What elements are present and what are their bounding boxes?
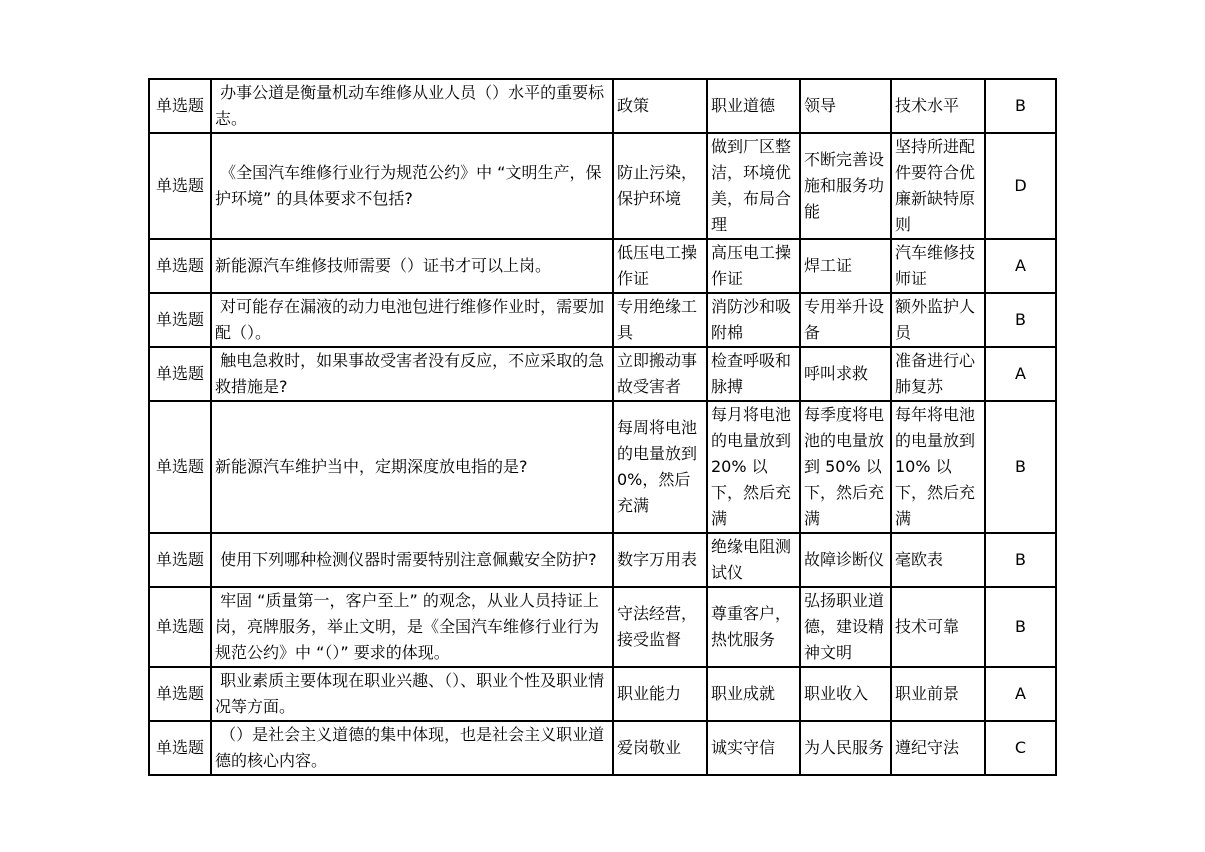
question-type-cell: 单选题 [149, 401, 211, 533]
option-b-cell: 高压电工操作证 [707, 239, 800, 293]
answer-cell: A [985, 347, 1056, 401]
question-text-cell: 《全国汽车维修行业行为规范公约》中 “文明生产，保护环境” 的具体要求不包括? [211, 133, 613, 239]
option-b-cell: 消防沙和吸附棉 [707, 293, 800, 347]
option-d-cell: 坚持所进配件要符合优廉新缺特原则 [891, 133, 985, 239]
option-d-cell: 职业前景 [891, 667, 985, 721]
option-d-cell: 毫欧表 [891, 533, 985, 587]
option-c-cell: 专用举升设备 [800, 293, 891, 347]
option-c-cell: 每季度将电池的电量放到 50% 以下，然后充满 [800, 401, 891, 533]
option-b-cell: 检查呼吸和脉搏 [707, 347, 800, 401]
option-c-cell: 故障诊断仪 [800, 533, 891, 587]
option-a-cell: 政策 [613, 79, 707, 133]
option-d-cell: 每年将电池的电量放到10% 以下，然后充满 [891, 401, 985, 533]
table-row: 单选题 使用下列哪种检测仪器时需要特别注意佩戴安全防护?数字万用表绝缘电阻测试仪… [149, 533, 1056, 587]
question-text-cell: 新能源汽车维护当中，定期深度放电指的是? [211, 401, 613, 533]
question-type-cell: 单选题 [149, 533, 211, 587]
question-type-cell: 单选题 [149, 133, 211, 239]
table-row: 单选题 （）是社会主义道德的集中体现，也是社会主义职业道德的核心内容。爱岗敬业诚… [149, 721, 1056, 775]
option-b-cell: 每月将电池的电量放到20% 以下，然后充满 [707, 401, 800, 533]
table-row: 单选题 牢固 “质量第一，客户至上” 的观念，从业人员持证上岗，亮牌服务，举止文… [149, 587, 1056, 667]
option-a-cell: 职业能力 [613, 667, 707, 721]
option-c-cell: 领导 [800, 79, 891, 133]
answer-cell: B [985, 533, 1056, 587]
option-d-cell: 准备进行心肺复苏 [891, 347, 985, 401]
table-row: 单选题 职业素质主要体现在职业兴趣、（）、职业个性及职业情况等方面。职业能力职业… [149, 667, 1056, 721]
document-page: 单选题 办事公道是衡量机动车维修从业人员（）水平的重要标志。政策职业道德领导技术… [0, 0, 1205, 852]
table-row: 单选题 《全国汽车维修行业行为规范公约》中 “文明生产，保护环境” 的具体要求不… [149, 133, 1056, 239]
question-type-cell: 单选题 [149, 347, 211, 401]
option-a-cell: 防止污染，保护环境 [613, 133, 707, 239]
table-row: 单选题 触电急救时，如果事故受害者没有反应，不应采取的急救措施是?立即搬动事故受… [149, 347, 1056, 401]
question-type-cell: 单选题 [149, 79, 211, 133]
question-type-cell: 单选题 [149, 587, 211, 667]
option-b-cell: 绝缘电阻测试仪 [707, 533, 800, 587]
option-b-cell: 诚实守信 [707, 721, 800, 775]
option-a-cell: 每周将电池的电量放到0%，然后充满 [613, 401, 707, 533]
answer-cell: B [985, 79, 1056, 133]
option-a-cell: 立即搬动事故受害者 [613, 347, 707, 401]
answer-cell: B [985, 401, 1056, 533]
question-text-cell: 牢固 “质量第一，客户至上” 的观念，从业人员持证上岗，亮牌服务，举止文明，是《… [211, 587, 613, 667]
option-c-cell: 弘扬职业道德，建设精神文明 [800, 587, 891, 667]
option-a-cell: 守法经营，接受监督 [613, 587, 707, 667]
option-b-cell: 尊重客户，热忱服务 [707, 587, 800, 667]
option-c-cell: 焊工证 [800, 239, 891, 293]
option-c-cell: 不断完善设施和服务功能 [800, 133, 891, 239]
question-text-cell: 职业素质主要体现在职业兴趣、（）、职业个性及职业情况等方面。 [211, 667, 613, 721]
question-text-cell: 触电急救时，如果事故受害者没有反应，不应采取的急救措施是? [211, 347, 613, 401]
question-type-cell: 单选题 [149, 667, 211, 721]
question-type-cell: 单选题 [149, 239, 211, 293]
question-type-cell: 单选题 [149, 721, 211, 775]
answer-cell: A [985, 667, 1056, 721]
option-d-cell: 技术水平 [891, 79, 985, 133]
question-text-cell: 对可能存在漏液的动力电池包进行维修作业时，需要加配（）。 [211, 293, 613, 347]
option-b-cell: 职业成就 [707, 667, 800, 721]
table-row: 单选题 办事公道是衡量机动车维修从业人员（）水平的重要标志。政策职业道德领导技术… [149, 79, 1056, 133]
question-text-cell: 办事公道是衡量机动车维修从业人员（）水平的重要标志。 [211, 79, 613, 133]
option-c-cell: 职业收入 [800, 667, 891, 721]
question-text-cell: 使用下列哪种检测仪器时需要特别注意佩戴安全防护? [211, 533, 613, 587]
answer-cell: C [985, 721, 1056, 775]
question-type-cell: 单选题 [149, 293, 211, 347]
answer-cell: B [985, 587, 1056, 667]
answer-cell: D [985, 133, 1056, 239]
option-b-cell: 做到厂区整洁，环境优美，布局合理 [707, 133, 800, 239]
answer-cell: B [985, 293, 1056, 347]
option-d-cell: 汽车维修技师证 [891, 239, 985, 293]
table-row: 单选题 对可能存在漏液的动力电池包进行维修作业时，需要加配（）。专用绝缘工具消防… [149, 293, 1056, 347]
option-d-cell: 额外监护人员 [891, 293, 985, 347]
option-d-cell: 遵纪守法 [891, 721, 985, 775]
option-c-cell: 呼叫求救 [800, 347, 891, 401]
table-row: 单选题新能源汽车维修技师需要（）证书才可以上岗。低压电工操作证高压电工操作证焊工… [149, 239, 1056, 293]
option-a-cell: 爱岗敬业 [613, 721, 707, 775]
question-table-body: 单选题 办事公道是衡量机动车维修从业人员（）水平的重要标志。政策职业道德领导技术… [149, 79, 1056, 775]
question-text-cell: （）是社会主义道德的集中体现，也是社会主义职业道德的核心内容。 [211, 721, 613, 775]
question-text-cell: 新能源汽车维修技师需要（）证书才可以上岗。 [211, 239, 613, 293]
option-a-cell: 数字万用表 [613, 533, 707, 587]
question-table: 单选题 办事公道是衡量机动车维修从业人员（）水平的重要标志。政策职业道德领导技术… [148, 78, 1057, 776]
option-a-cell: 低压电工操作证 [613, 239, 707, 293]
answer-cell: A [985, 239, 1056, 293]
option-b-cell: 职业道德 [707, 79, 800, 133]
table-row: 单选题新能源汽车维护当中，定期深度放电指的是?每周将电池的电量放到0%，然后充满… [149, 401, 1056, 533]
option-d-cell: 技术可靠 [891, 587, 985, 667]
option-a-cell: 专用绝缘工具 [613, 293, 707, 347]
option-c-cell: 为人民服务 [800, 721, 891, 775]
